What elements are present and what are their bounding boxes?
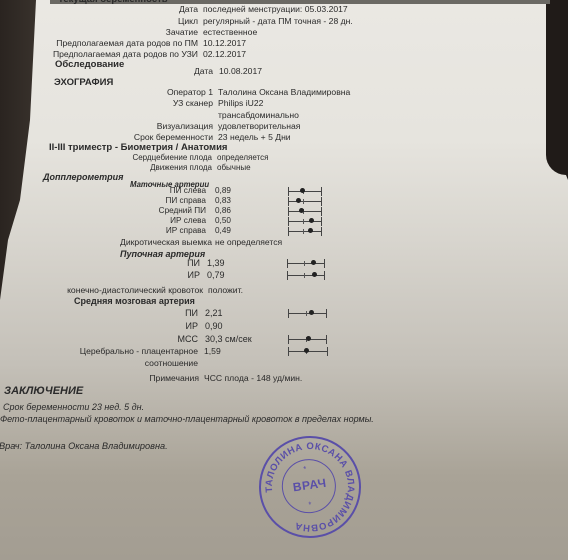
reference-range-indicator xyxy=(287,271,325,279)
reference-range-indicator xyxy=(288,197,322,205)
reference-range-indicator xyxy=(288,335,327,343)
value-marker xyxy=(309,218,314,223)
measurement-label: ПИ xyxy=(187,258,200,268)
field-label: Срок беременности xyxy=(134,132,213,142)
field-label: Цикл xyxy=(178,16,198,26)
measurement-value: 0,83 xyxy=(215,196,231,205)
field-label: Церебрально - плацентарное xyxy=(80,346,198,356)
value-marker xyxy=(308,228,313,233)
field-value: 10.12.2017 xyxy=(203,38,246,48)
field-value: определяется xyxy=(217,153,268,162)
section-echography: ЭХОГРАФИЯ xyxy=(54,77,113,88)
measurement-label: Средний ПИ xyxy=(159,206,206,215)
measurement-value: 0,86 xyxy=(215,206,231,215)
measurement-label: ПИ xyxy=(185,308,198,318)
measurement-value: 1,39 xyxy=(207,258,225,268)
value-marker xyxy=(299,208,304,213)
measurement-label: ИР слева xyxy=(170,216,206,225)
section-trimester: II-III триместр - Биометрия / Анатомия xyxy=(49,142,227,153)
value-marker xyxy=(296,198,301,203)
field-label: Дата xyxy=(179,4,198,14)
conclusion-title: ЗАКЛЮЧЕНИЕ xyxy=(4,385,83,397)
measurement-value: 0,79 xyxy=(207,270,225,280)
measurement-value: 2,21 xyxy=(205,308,223,318)
field-value: Талолина Оксана Владимировна xyxy=(218,87,350,97)
reference-range-indicator xyxy=(287,259,325,267)
measurement-label: МСС xyxy=(178,334,199,344)
mca-title: Средняя мозговая артерия xyxy=(74,296,195,306)
field-value: не определяется xyxy=(215,237,282,247)
reference-range-indicator xyxy=(288,217,322,225)
field-value: 02.12.2017 xyxy=(203,49,246,59)
reference-range-indicator xyxy=(288,187,322,195)
doctor-stamp: ТАЛОЛИНА ОКСАНА ВЛАДИМИРОВНА * * ВРАЧ xyxy=(252,429,367,544)
measurement-label: ПИ слева xyxy=(170,186,206,195)
value-marker xyxy=(309,310,314,315)
measurement-label: ПИ справа xyxy=(166,196,207,205)
conclusion-line: Фето-плацентарный кровоток и маточно-пла… xyxy=(0,414,374,424)
field-label: Зачатие xyxy=(166,27,198,37)
field-value: трансабдоминально xyxy=(218,110,299,120)
field-label: Оператор 1 xyxy=(167,87,213,97)
field-label: Дата xyxy=(194,66,213,76)
measurement-value: 0,50 xyxy=(215,216,231,225)
measurement-value: 30,3 см/сек xyxy=(205,334,252,344)
value-marker xyxy=(304,348,309,353)
value-marker xyxy=(311,260,316,265)
field-label: Движения плода xyxy=(150,163,212,172)
field-label: Визуализация xyxy=(157,121,213,131)
ultrasound-report: Текущая беременность Дата последней менс… xyxy=(0,0,568,560)
field-label: Примечания xyxy=(149,373,199,383)
field-label: соотношение xyxy=(145,358,198,368)
field-label: Дикротическая выемка xyxy=(120,237,212,247)
field-value: естественное xyxy=(203,27,257,37)
field-value: Philips iU22 xyxy=(218,98,263,108)
measurement-label: ИР xyxy=(186,321,198,331)
reference-range-indicator xyxy=(288,207,322,215)
field-value: регулярный - дата ПМ точная - 28 дн. xyxy=(203,16,353,26)
cpr-range-indicator xyxy=(288,347,328,355)
measurement-value: 0,89 xyxy=(215,186,231,195)
measurement-label: ИР справа xyxy=(166,226,206,235)
reference-range-indicator xyxy=(288,309,327,317)
value-marker xyxy=(300,188,305,193)
section-doppler: Допплерометрия xyxy=(43,172,123,182)
field-label: конечно-диастолический кровоток xyxy=(67,285,203,295)
measurement-value: 0,90 xyxy=(205,321,223,331)
field-label: Сердцебиение плода xyxy=(132,153,212,162)
field-value: 10.08.2017 xyxy=(219,66,262,76)
measurement-value: 0,49 xyxy=(215,226,231,235)
section-exam: Обследование xyxy=(55,59,124,70)
measurement-label: ИР xyxy=(188,270,200,280)
value-marker xyxy=(306,336,311,341)
field-value: последней менструации: 05.03.2017 xyxy=(203,4,348,14)
reference-range-indicator xyxy=(288,227,322,235)
field-label: УЗ сканер xyxy=(173,98,213,108)
field-label: Предполагаемая дата родов по ПМ xyxy=(56,38,198,48)
section-current-pregnancy: Текущая беременность xyxy=(58,0,168,5)
field-value: 1,59 xyxy=(204,346,221,356)
conclusion-line: Срок беременности 23 нед. 5 дн. xyxy=(3,402,144,412)
field-label: Предполагаемая дата родов по УЗИ xyxy=(53,49,198,59)
field-value: удовлетворительная xyxy=(218,121,300,131)
doctor-signature: Врач: Талолина Оксана Владимировна. xyxy=(0,441,168,451)
field-value: ЧСС плода - 148 уд/мин. xyxy=(204,373,302,383)
field-value: 23 недель + 5 Дни xyxy=(218,132,291,142)
value-marker xyxy=(312,272,317,277)
field-value: положит. xyxy=(208,285,243,295)
field-value: обычные xyxy=(217,163,251,172)
